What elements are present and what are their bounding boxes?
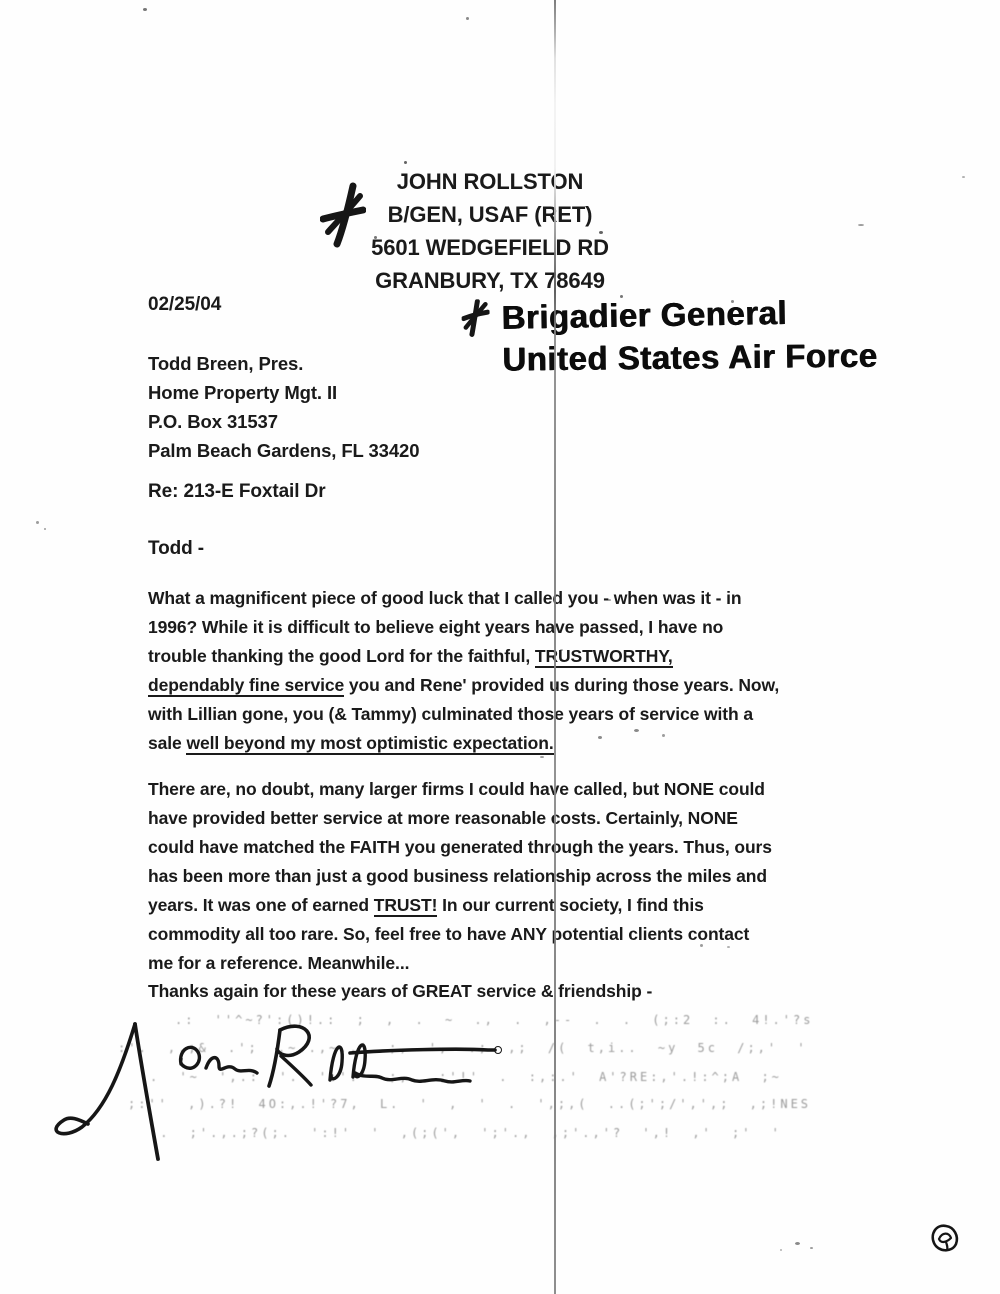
- body-line: with Lillian gone, you (& Tammy) culmina…: [148, 700, 908, 729]
- scan-speck: [143, 8, 147, 11]
- body-line: There are, no doubt, many larger firms I…: [148, 775, 908, 804]
- letterhead-street: 5601 WEDGEFIELD RD: [318, 231, 662, 264]
- paragraph-1: What a magnificent piece of good luck th…: [148, 584, 908, 758]
- scan-speck: [44, 528, 46, 530]
- scan-speck: [404, 161, 407, 164]
- recipient-name: Todd Breen, Pres.: [148, 349, 419, 378]
- scan-speck: [466, 17, 469, 20]
- scan-speck: [858, 224, 864, 226]
- body-line: could have matched the FAITH you generat…: [148, 833, 908, 862]
- body-paragraphs: What a magnificent piece of good luck th…: [148, 584, 908, 995]
- body-line: 1996? While it is difficult to believe e…: [148, 613, 908, 642]
- salutation: Todd -: [148, 538, 204, 560]
- letterhead-rank: B/GEN, USAF (RET): [318, 198, 662, 231]
- body-line: sale well beyond my most optimistic expe…: [148, 729, 908, 758]
- body-line: me for a reference. Meanwhile...: [148, 949, 908, 978]
- handwritten-asterisk-icon: [320, 182, 366, 253]
- annotation-line1: Brigadier General: [501, 294, 787, 337]
- closing-line: Thanks again for these years of GREAT se…: [148, 981, 652, 1002]
- body-line: trouble thanking the good Lord for the f…: [148, 642, 908, 671]
- recipient-address: Todd Breen, Pres. Home Property Mgt. II …: [148, 349, 419, 465]
- subject-line: Re: 213-E Foxtail Dr: [148, 481, 326, 503]
- letterhead: JOHN ROLLSTON B/GEN, USAF (RET) 5601 WED…: [318, 165, 662, 297]
- recipient-pobox: P.O. Box 31537: [148, 407, 419, 436]
- body-line: years. It was one of earned TRUST! In ou…: [148, 891, 908, 920]
- body-line: commodity all too rare. So, feel free to…: [148, 920, 908, 949]
- scan-speck: [962, 176, 965, 178]
- letter-date: 02/25/04: [148, 294, 221, 316]
- recipient-city: Palm Beach Gardens, FL 33420: [148, 436, 419, 465]
- annotation-asterisk-icon: [461, 299, 490, 337]
- scanned-letter-page: JOHN ROLLSTON B/GEN, USAF (RET) 5601 WED…: [0, 0, 1000, 1294]
- body-line: has been more than just a good business …: [148, 862, 908, 891]
- body-line: dependably fine service you and Rene' pr…: [148, 671, 908, 700]
- signature-john-rollston: [18, 1004, 538, 1177]
- recipient-company: Home Property Mgt. II: [148, 378, 419, 407]
- scan-speck: [810, 1247, 813, 1249]
- handwritten-annotation: Brigadier General United States Air Forc…: [461, 292, 878, 380]
- scan-speck: [36, 521, 39, 524]
- scan-speck: [780, 1249, 782, 1251]
- body-line: What a magnificent piece of good luck th…: [148, 584, 908, 613]
- body-line: have provided better service at more rea…: [148, 804, 908, 833]
- page-mark-scribble: [926, 1222, 962, 1261]
- letterhead-city: GRANBURY, TX 78649: [318, 264, 662, 297]
- annotation-line2: United States Air Force: [502, 337, 878, 379]
- scan-speck: [795, 1242, 800, 1245]
- letterhead-name: JOHN ROLLSTON: [318, 165, 662, 198]
- paragraph-2: There are, no doubt, many larger firms I…: [148, 775, 908, 978]
